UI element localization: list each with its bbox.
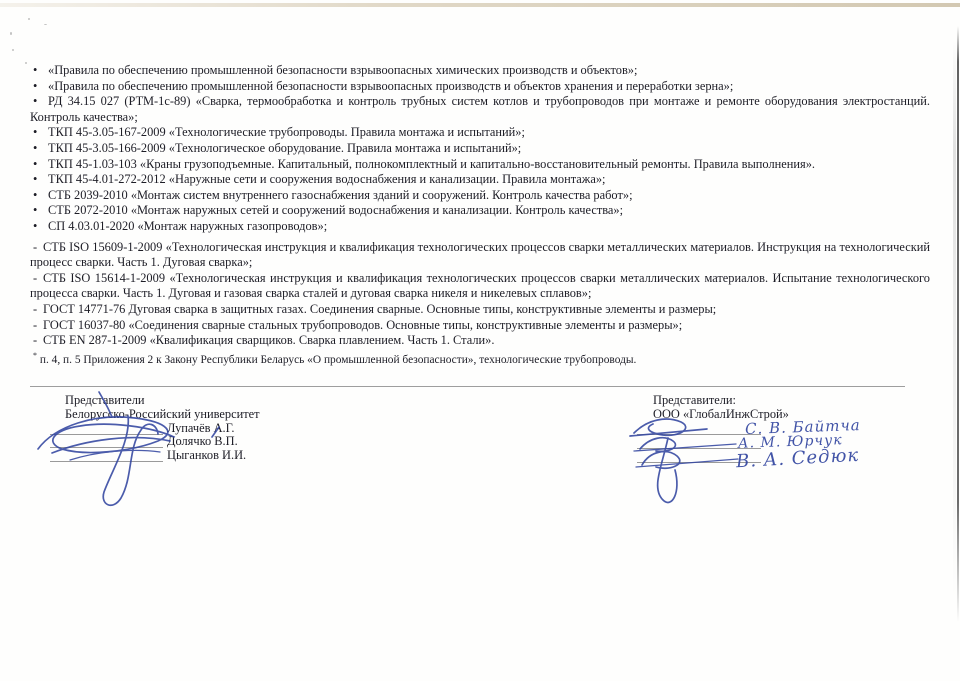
ink-stroke: [640, 438, 675, 452]
list-item: •ТКП 45-4.01-272-2012 «Наружные сети и с…: [30, 172, 930, 188]
list-item: -СТБ ISO 15614-1-2009 «Технологическая и…: [30, 271, 930, 302]
list-item: •СТБ 2039-2010 «Монтаж систем внутреннег…: [30, 188, 930, 204]
list-item-text: СТБ 2039-2010 «Монтаж систем внутреннего…: [48, 188, 633, 202]
ink-stroke: [70, 450, 160, 460]
list-item: •СТБ 2072-2010 «Монтаж наружных сетей и …: [30, 203, 930, 219]
footnote-text: п. 4, п. 5 Приложения 2 к Закону Республ…: [40, 353, 637, 365]
list-item-text: СТБ 2072-2010 «Монтаж наружных сетей и с…: [48, 203, 623, 217]
bullet-icon: •: [33, 203, 48, 219]
list-item: -СТБ EN 287-1-2009 «Квалификация сварщик…: [30, 333, 930, 349]
scan-edge-right-shadow: [953, 40, 956, 600]
bullet-icon: •: [33, 63, 48, 79]
list-item-text: ГОСТ 14771-76 Дуговая сварка в защитных …: [43, 302, 716, 316]
list-item-text: «Правила по обеспечению промышленной без…: [48, 63, 637, 77]
list-item: •ТКП 45-1.03-103 «Краны грузоподъемные. …: [30, 157, 930, 173]
left-signatory-name: Долячко В.П.: [167, 434, 238, 449]
dash-icon: -: [33, 318, 43, 334]
bullet-icon: •: [33, 157, 48, 173]
scan-speck: [44, 24, 47, 25]
left-signatory-name: Цыганков И.И.: [167, 448, 246, 463]
scanned-page: •«Правила по обеспечению промышленной бе…: [0, 0, 960, 681]
list-item-text: «Правила по обеспечению промышленной без…: [48, 79, 733, 93]
list-item: •РД 34.15 027 (РТМ-1с-89) «Сварка, термо…: [30, 94, 930, 125]
list-item: •«Правила по обеспечению промышленной бе…: [30, 79, 930, 95]
dash-icon: -: [33, 302, 43, 318]
left-signatories-title: Представители: [65, 393, 145, 408]
right-signatories-title: Представители:: [653, 393, 736, 408]
dash-list: -СТБ ISO 15609-1-2009 «Технологическая и…: [30, 240, 930, 349]
ink-stroke: [642, 452, 680, 469]
list-item: •ТКП 45-3.05-166-2009 «Технологическое о…: [30, 141, 930, 157]
list-item-text: РД 34.15 027 (РТМ-1с-89) «Сварка, термоо…: [30, 94, 930, 124]
dash-icon: -: [33, 333, 43, 349]
signature-line: [50, 434, 163, 435]
scan-edge-top: [0, 3, 960, 7]
scan-edge-right: [957, 26, 959, 622]
left-signatories-org: Белорусско-Российский университет: [65, 407, 260, 422]
bullet-icon: •: [33, 188, 48, 204]
bullet-icon: •: [33, 172, 48, 188]
bullet-icon: •: [33, 141, 48, 157]
list-item-text: СТБ ISO 15614-1-2009 «Технологическая ин…: [30, 271, 930, 301]
signature-line: [50, 461, 163, 462]
ink-stroke: [52, 438, 170, 453]
document-body: •«Правила по обеспечению промышленной бе…: [30, 63, 930, 366]
bullet-icon: •: [33, 79, 48, 95]
list-item-text: ТКП 45-3.05-166-2009 «Технологическое об…: [48, 141, 521, 155]
dash-icon: -: [33, 240, 43, 256]
list-item-text: ГОСТ 16037-80 «Соединения сварные стальн…: [43, 318, 682, 332]
footnote: * п. 4, п. 5 Приложения 2 к Закону Респу…: [30, 349, 930, 367]
bullet-icon: •: [33, 219, 48, 235]
scan-speck: [25, 62, 27, 64]
list-item-text: ТКП 45-1.03-103 «Краны грузоподъемные. К…: [48, 157, 815, 171]
list-item-text: СТБ EN 287-1-2009 «Квалификация сварщико…: [43, 333, 494, 347]
list-item: •«Правила по обеспечению промышленной бе…: [30, 63, 930, 79]
list-item-text: СТБ ISO 15609-1-2009 «Технологическая ин…: [30, 240, 930, 270]
ink-stroke: [636, 459, 738, 467]
scan-speck: [10, 32, 12, 35]
list-item: -ГОСТ 16037-80 «Соединения сварные сталь…: [30, 318, 930, 334]
list-item: •СП 4.03.01-2020 «Монтаж наружных газопр…: [30, 219, 930, 235]
list-item-text: ТКП 45-3.05-167-2009 «Технологические тр…: [48, 125, 525, 139]
signature-separator: [30, 386, 905, 387]
list-item: •ТКП 45-3.05-167-2009 «Технологические т…: [30, 125, 930, 141]
list-item: -СТБ ISO 15609-1-2009 «Технологическая и…: [30, 240, 930, 271]
bullet-icon: •: [33, 94, 48, 110]
scan-speck: [28, 18, 30, 20]
bullet-icon: •: [33, 125, 48, 141]
signature-line: [50, 447, 163, 448]
scan-speck: [12, 49, 14, 51]
list-item-text: ТКП 45-4.01-272-2012 «Наружные сети и со…: [48, 172, 605, 186]
list-item-text: СП 4.03.01-2020 «Монтаж наружных газопро…: [48, 219, 327, 233]
footnote-marker: *: [33, 351, 37, 360]
list-item: -ГОСТ 14771-76 Дуговая сварка в защитных…: [30, 302, 930, 318]
dash-icon: -: [33, 271, 43, 287]
